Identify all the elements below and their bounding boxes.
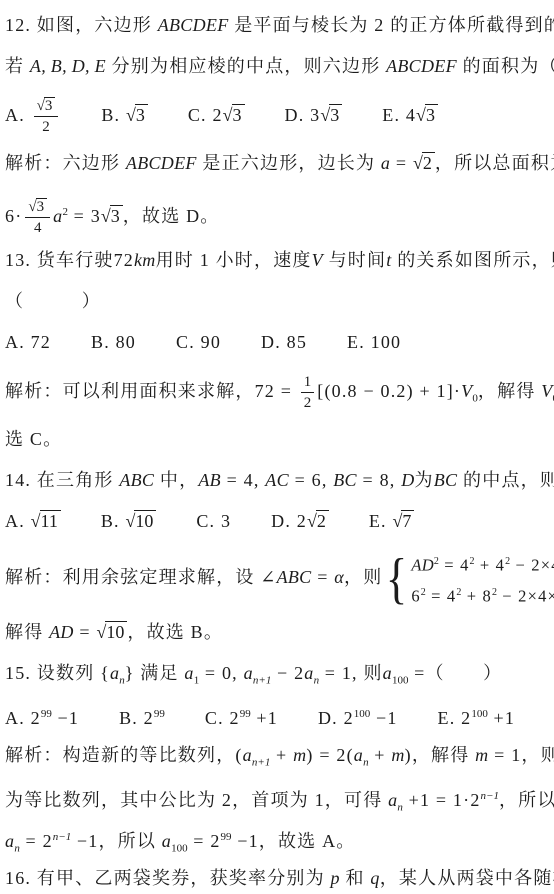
math-variable: p (331, 868, 340, 888)
math-sqrt-radicand: 2 (422, 152, 435, 173)
math-fraction-numerator: √3 (25, 198, 50, 219)
math-superscript: 100 (471, 708, 488, 720)
math-superscript: 99 (154, 708, 165, 720)
text-run: 13. 货车行驶72 (5, 250, 134, 270)
text-run: ，则 (344, 567, 382, 587)
math-superscript: 99 (240, 708, 251, 720)
math-variable: α (334, 567, 344, 587)
q12-stem-line-2: 若 A, B, D, E 分别为相应棱的中点，则六边形 ABCDEF 的面积为（… (5, 46, 549, 87)
text-run: = 6, (289, 470, 333, 490)
math-variable: V (541, 381, 552, 401)
math-subscript: n+1 (252, 757, 270, 769)
q15-options-e: E. 2100 +1 (438, 694, 516, 739)
math-variable: a (184, 663, 193, 683)
text-run: 4 (34, 220, 42, 236)
math-sqrt-radicand: 7 (401, 510, 414, 531)
math-sqrt-radicand: 3 (329, 104, 342, 125)
text-run: ，故选 B。 (127, 622, 223, 642)
text-run: 解析：可以利用面积来求解，72 = (5, 381, 298, 401)
text-run: D. 85 (261, 332, 307, 352)
math-variable: AD (411, 556, 434, 575)
text-run: + 8 (461, 586, 492, 605)
document-page: 12. 如图，六边形 ABCDEF 是平面与棱长为 2 的正方体所截得到的，若 … (0, 0, 554, 894)
text-run: −1 (52, 708, 79, 728)
q12-options-d: D. 3√3 (285, 87, 343, 143)
q15-options-b: B. 299 (119, 694, 165, 739)
text-run: 是正六边形，边长为 (197, 153, 381, 173)
text-run: ，解得 (478, 381, 541, 401)
math-sqrt-radicand: 10 (134, 510, 156, 531)
math-sqrt: √3 (416, 105, 438, 125)
text-run: +1 = 1·2 (403, 790, 481, 810)
text-run: C. 90 (176, 332, 221, 352)
math-variable: a (304, 663, 313, 683)
text-run: E. 4 (382, 105, 416, 125)
q14-options-c: C. 3 (196, 501, 231, 542)
q13-options-d: D. 85 (261, 322, 307, 363)
text-run: 和 (340, 868, 371, 888)
text-run: = 3 (68, 206, 101, 226)
text-run: 12. 如图，六边形 (5, 15, 158, 35)
math-variable: a (244, 663, 253, 683)
text-run: A. 2 (5, 708, 41, 728)
math-cases-row: AD2 = 42 + 42 − 2×4×4×cosα (411, 548, 554, 579)
math-cases-row: 62 = 42 + 82 − 2×4×8×cosα (411, 579, 554, 610)
q12-options: A. √32B. √3C. 2√3D. 3√3E. 4√3 (5, 87, 549, 143)
document-body: 12. 如图，六边形 ABCDEF 是平面与棱长为 2 的正方体所截得到的，若 … (0, 0, 554, 894)
text-run: 若 (5, 56, 30, 76)
math-sqrt: √11 (31, 511, 61, 531)
q14-options: A. √11B. √10C. 3D. 2√2E. √7 (5, 501, 549, 542)
text-run: } 满足 (125, 663, 185, 683)
math-subscript: 100 (171, 843, 188, 855)
math-variable: q (370, 868, 379, 888)
text-run: 6· (5, 206, 22, 226)
text-run: −1 (370, 708, 397, 728)
text-run: 6 (411, 586, 420, 605)
math-variable: BC (434, 470, 458, 490)
math-variable: A, B, D, E (30, 56, 106, 76)
text-run: 与时间 (323, 250, 386, 270)
q15-solution-line-3: an = 2n−1 −1，所以 a100 = 299 −1，故选 A。 (5, 817, 549, 858)
left-brace-icon: { (386, 551, 408, 607)
text-run: ，某人从两袋中各随机抽 (380, 868, 554, 888)
text-run: 解析：六边形 (5, 153, 126, 173)
math-variable: m (293, 745, 306, 765)
text-run: 2 (42, 119, 50, 135)
text-run: C. 2 (188, 105, 223, 125)
text-run: + 4 (475, 556, 506, 575)
q14-stem-line-1: 14. 在三角形 ABC 中，AB = 4, AC = 6, BC = 8, D… (5, 460, 549, 501)
text-run: 的面积为（ ） (457, 56, 554, 76)
math-variable: ABCDEF (158, 15, 229, 35)
text-run: = 2 (20, 831, 53, 851)
text-run: = 0, (199, 663, 243, 683)
text-run: 解析：构造新的等比数列，( (5, 745, 243, 765)
q13-solution-line-1: 解析：可以利用面积来求解，72 = 12[(0.8 − 0.2) + 1]·V0… (5, 363, 549, 419)
text-run: 为 (415, 470, 434, 490)
text-run: D. 3 (285, 105, 321, 125)
math-variable: ABC (277, 567, 312, 587)
math-sqrt-radicand: 11 (40, 510, 61, 531)
text-run: 2 (304, 395, 312, 411)
text-run: E. (369, 511, 393, 531)
q15-stem-line-1: 15. 设数列 {an} 满足 a1 = 0, an+1 − 2an = 1, … (5, 653, 549, 694)
text-run: = 4 (439, 556, 470, 575)
q14-solution-line-1: 解析：利用余弦定理求解，设 ∠ABC = α，则{AD2 = 42 + 42 −… (5, 542, 549, 612)
text-run: B. (101, 105, 126, 125)
q13-options-e: E. 100 (347, 322, 401, 363)
q15-options-a: A. 299 −1 (5, 694, 79, 739)
text-run: − 2 (271, 663, 304, 683)
math-variable: a (110, 663, 119, 683)
text-run: +1 (251, 708, 278, 728)
math-sqrt-radicand: 2 (316, 510, 329, 531)
q15-solution-line-2: 为等比数列，其中公比为 2，首项为 1，可得 an +1 = 1·2n−1，所以 (5, 776, 549, 817)
text-run: D. 2 (318, 708, 354, 728)
math-cases-system: {AD2 = 42 + 42 − 2×4×4×cosα62 = 42 + 82 … (383, 548, 554, 609)
math-sqrt: √3 (223, 105, 245, 125)
math-sqrt-radicand: 3 (425, 104, 438, 125)
q14-options-d: D. 2√2 (271, 501, 329, 542)
text-run: = (390, 153, 413, 173)
q13-stem-line-2: （ ） (5, 281, 549, 322)
q13-stem-line-1: 13. 货车行驶72km用时 1 小时，速度V 与时间t 的关系如图所示，则V0… (5, 240, 549, 281)
q13-options-a: A. 72 (5, 322, 51, 363)
math-superscript: 99 (41, 708, 52, 720)
math-sqrt: √10 (125, 511, 156, 531)
q12-options-e: E. 4√3 (382, 87, 438, 143)
math-sqrt: √3 (28, 199, 47, 215)
math-variable: AB (198, 470, 221, 490)
math-variable: a (5, 831, 14, 851)
text-run: 解得 (5, 622, 49, 642)
text-run: [(0.8 − 0.2) + 1]· (317, 381, 461, 401)
q14-options-b: B. √10 (101, 501, 157, 542)
text-run: )，解得 (405, 745, 476, 765)
math-fraction: 12 (301, 373, 315, 414)
math-sqrt-radicand: 3 (110, 205, 123, 226)
math-variable: a (162, 831, 171, 851)
text-run: （ ） (5, 291, 101, 311)
math-fraction-denominator: 2 (304, 393, 312, 413)
math-sqrt-radicand: 10 (105, 621, 127, 642)
text-run: E. 100 (347, 332, 401, 352)
q15-options-c: C. 299 +1 (205, 694, 278, 739)
math-sqrt: √10 (96, 622, 127, 642)
text-run: = (74, 622, 97, 642)
math-variable: BC (333, 470, 357, 490)
text-run: = 1，则数列 { (488, 745, 554, 765)
text-run: 解析：利用余弦定理求解，设 ∠ (5, 567, 277, 587)
q12-options-c: C. 2√3 (188, 87, 245, 143)
math-variable: a (383, 663, 392, 683)
math-fraction-numerator: 1 (301, 373, 315, 394)
math-variable: ABC (119, 470, 154, 490)
math-sqrt-radicand: 3 (44, 97, 56, 114)
text-run: − 2×4×4×cos (510, 556, 554, 575)
math-subscript: n+1 (253, 675, 271, 687)
text-run: = 4 (426, 586, 457, 605)
math-variable: a (243, 745, 252, 765)
text-run: B. 80 (91, 332, 136, 352)
text-run: 为等比数列，其中公比为 2，首项为 1，可得 (5, 790, 388, 810)
math-sqrt-radicand: 3 (232, 104, 245, 125)
math-sqrt-radicand: 3 (36, 198, 48, 215)
text-run: B. (101, 511, 126, 531)
text-run: − 2×4×8×cos (497, 586, 554, 605)
math-variable: ABCDEF (386, 56, 457, 76)
text-run: A. (5, 511, 31, 531)
math-sqrt: √3 (126, 105, 148, 125)
math-variable: km (134, 250, 156, 270)
q12-solution-line-2: 6·√34a2 = 3√3，故选 D。 (5, 184, 549, 240)
q15-options: A. 299 −1B. 299C. 299 +1D. 2100 −1E. 210… (5, 694, 549, 735)
text-run: A. (5, 105, 31, 125)
text-run: A. 72 (5, 332, 51, 352)
q14-solution-line-2: 解得 AD = √10，故选 B。 (5, 612, 549, 653)
q15-options-d: D. 2100 −1 (318, 694, 398, 739)
math-variable: m (391, 745, 404, 765)
text-run: E. 2 (438, 708, 472, 728)
math-sqrt: √3 (320, 105, 342, 125)
text-run: +1 (488, 708, 515, 728)
q12-options-a: A. √32 (5, 87, 61, 143)
math-variable: a (354, 745, 363, 765)
text-run: = 4, (221, 470, 265, 490)
text-run: B. 2 (119, 708, 154, 728)
text-run: ，故选 D。 (123, 206, 220, 226)
text-run: = 1, 则 (319, 663, 383, 683)
q15-solution-line-1: 解析：构造新的等比数列，(an+1 + m) = 2(an + m)，解得 m … (5, 735, 549, 776)
text-run: 的关系如图所示，则 (392, 250, 554, 270)
text-run: = 8, (357, 470, 401, 490)
text-run: 中， (154, 470, 198, 490)
text-run: C. 3 (196, 511, 231, 531)
math-sqrt: √3 (37, 98, 56, 114)
text-run: 的中点，则 (457, 470, 554, 490)
math-fraction: √34 (25, 198, 50, 239)
math-variable: AC (265, 470, 289, 490)
math-sqrt: √2 (413, 153, 435, 173)
text-run: 选 C。 (5, 429, 62, 449)
math-subscript: 100 (392, 675, 409, 687)
q12-options-b: B. √3 (101, 87, 148, 143)
q14-options-a: A. √11 (5, 501, 61, 542)
math-fraction-numerator: √3 (34, 97, 59, 118)
math-variable: a (381, 153, 390, 173)
math-superscript: n−1 (481, 790, 499, 802)
q12-stem-line-1: 12. 如图，六边形 ABCDEF 是平面与棱长为 2 的正方体所截得到的， (5, 5, 549, 46)
text-run: = 2 (188, 831, 221, 851)
text-run: = (312, 567, 335, 587)
text-run: 是平面与棱长为 2 的正方体所截得到的， (229, 15, 554, 35)
math-sqrt: √2 (307, 511, 329, 531)
q13-solution-line-2: 选 C。 (5, 419, 549, 460)
math-fraction: √32 (34, 97, 59, 138)
math-variable: V (461, 381, 472, 401)
math-sqrt: √3 (101, 206, 123, 226)
q13-options: A. 72B. 80C. 90D. 85E. 100 (5, 322, 549, 363)
text-run: ，所以 (499, 790, 554, 810)
q12-solution-line-1: 解析：六边形 ABCDEF 是正六边形，边长为 a = √2，所以总面积为 (5, 143, 549, 184)
text-run: D. 2 (271, 511, 307, 531)
math-superscript: n−1 (53, 831, 71, 843)
math-cases-rows: AD2 = 42 + 42 − 2×4×4×cosα62 = 42 + 82 −… (411, 548, 554, 609)
q13-options-b: B. 80 (91, 322, 136, 363)
text-run: 用时 1 小时，速度 (156, 250, 312, 270)
math-sqrt-radicand: 3 (135, 104, 148, 125)
math-sqrt: √7 (392, 511, 414, 531)
text-run: 16. 有甲、乙两袋奖券，获奖率分别为 (5, 868, 331, 888)
text-run: ) = 2( (306, 745, 353, 765)
text-run: ，所以总面积为 (435, 153, 554, 173)
q13-options-c: C. 90 (176, 322, 221, 363)
math-variable: m (475, 745, 488, 765)
text-run: + (369, 745, 392, 765)
text-run: 分别为相应棱的中点，则六边形 (106, 56, 386, 76)
text-run: 14. 在三角形 (5, 470, 119, 490)
math-superscript: 99 (221, 831, 232, 843)
text-run: =（ ） (408, 663, 502, 683)
math-variable: D (401, 470, 414, 490)
math-variable: AD (49, 622, 74, 642)
math-fraction-denominator: 4 (34, 218, 42, 238)
text-run: −1，所以 (71, 831, 162, 851)
text-run: 1 (304, 374, 312, 390)
q14-options-e: E. √7 (369, 501, 415, 542)
text-run: −1，故选 A。 (232, 831, 356, 851)
text-run: C. 2 (205, 708, 240, 728)
q16-stem-line-1: 16. 有甲、乙两袋奖券，获奖率分别为 p 和 q，某人从两袋中各随机抽 (5, 858, 549, 894)
math-superscript: 100 (354, 708, 371, 720)
math-variable: V (312, 250, 323, 270)
math-fraction-denominator: 2 (42, 117, 50, 137)
text-run: 15. 设数列 { (5, 663, 110, 683)
math-variable: ABCDEF (126, 153, 197, 173)
text-run: + (270, 745, 293, 765)
